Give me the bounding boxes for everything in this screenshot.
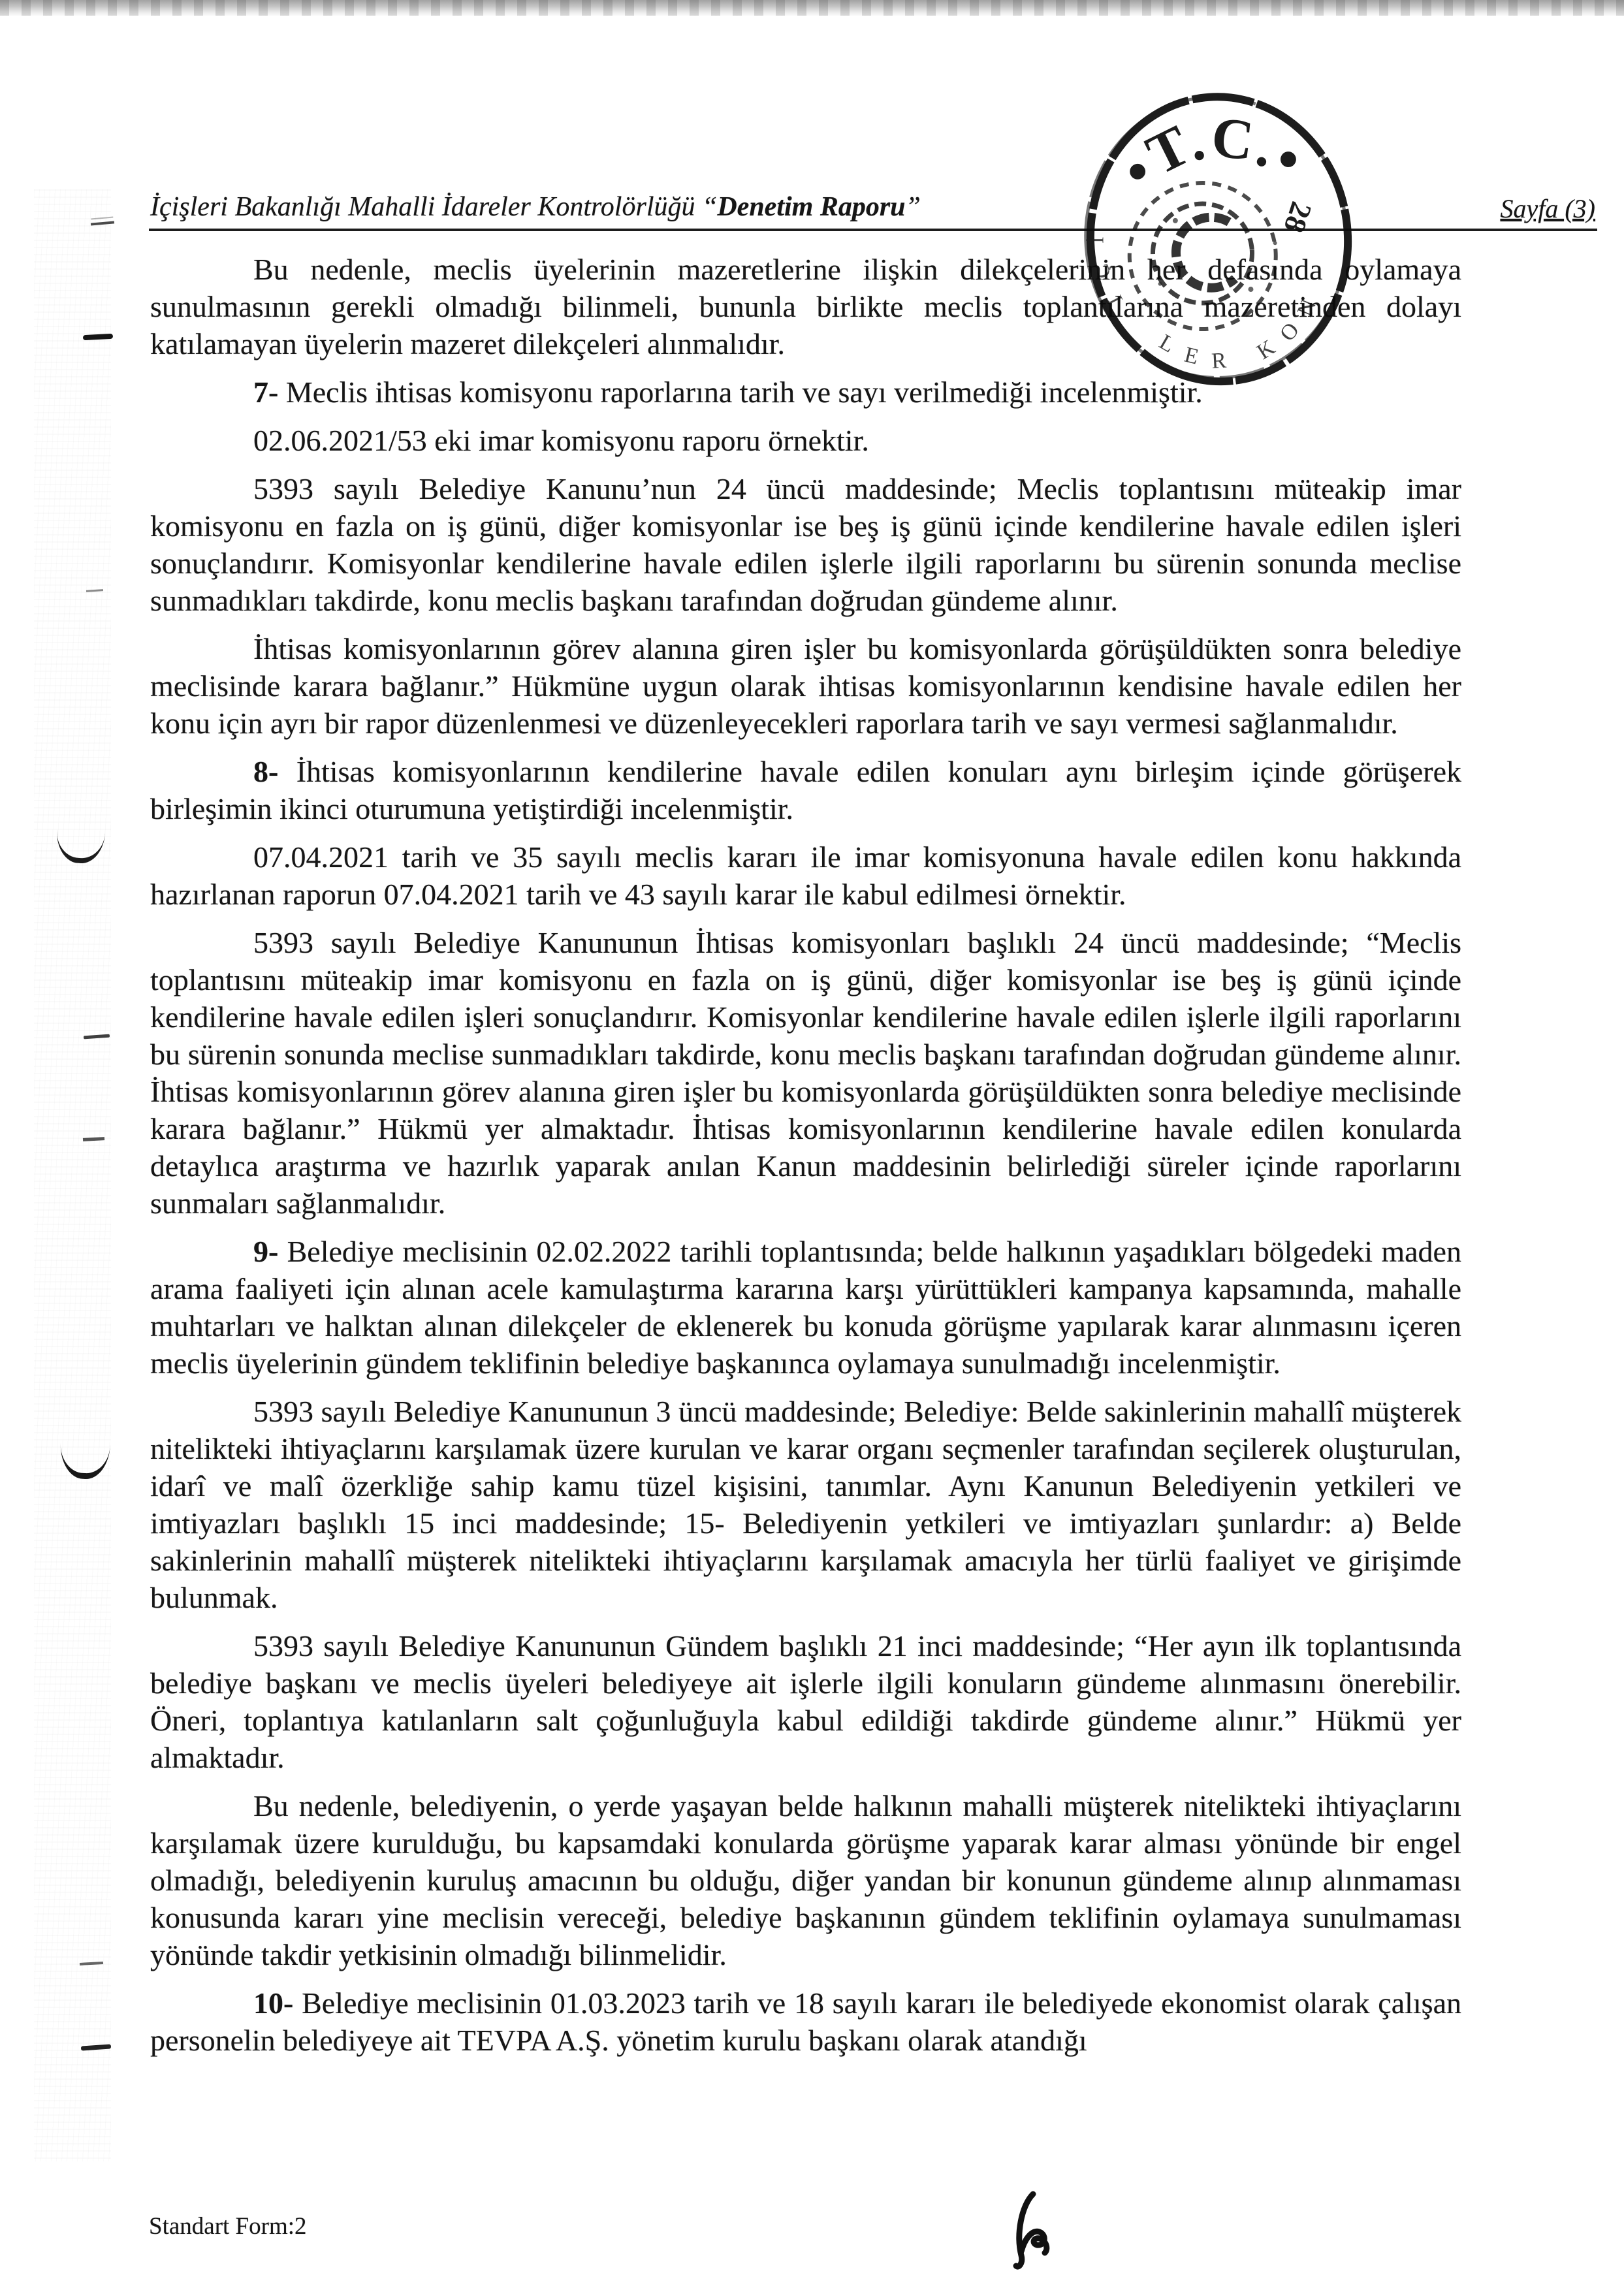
paragraph: İhtisas komisyonlarının görev alanına gi…: [150, 630, 1461, 742]
paragraph: 10- Belediye meclisinin 01.03.2023 tarih…: [150, 1984, 1461, 2059]
stamp-tc-text: •T.C.•: [1106, 99, 1320, 204]
report-body: Bu nedenle, meclis üyelerinin mazeretler…: [150, 243, 1461, 2070]
scanned-report-page: İçişleri Bakanlığı Mahalli İdareler Kont…: [0, 0, 1624, 2292]
paragraph: Bu nedenle, belediyenin, o yerde yaşayan…: [150, 1787, 1461, 1973]
paragraph: 5393 sayılı Belediye Kanununun 3 üncü ma…: [150, 1393, 1461, 1616]
standard-form-label: Standart Form:2: [149, 2212, 307, 2240]
item-number: 9-: [253, 1235, 287, 1268]
svg-text:•T.C.•: •T.C.•: [1106, 99, 1320, 204]
stamp-left-arc-text: İÇİ: [1082, 214, 1128, 310]
svg-text:İÇİ: İÇİ: [1082, 214, 1128, 310]
crescent-icon: [1173, 215, 1235, 290]
document-title-quote: ”: [906, 192, 921, 222]
item-number: 8-: [253, 755, 296, 788]
document-title: İçişleri Bakanlığı Mahalli İdareler Kont…: [150, 190, 921, 224]
signature-mark: [993, 2189, 1064, 2274]
paragraph: 9- Belediye meclisinin 02.02.2022 tarihl…: [150, 1233, 1461, 1382]
paragraph: 5393 sayılı Belediye Kanunu’nun 24 üncü …: [150, 470, 1461, 619]
document-title-bold: Denetim Raporu: [717, 192, 905, 222]
stamp-number: 28: [1277, 198, 1318, 237]
paragraph: 07.04.2021 tarih ve 35 sayılı meclis kar…: [150, 838, 1461, 913]
scan-edge-artifact: [0, 0, 1624, 16]
scan-noise: [34, 189, 111, 2161]
document-title-text: İçişleri Bakanlığı Mahalli İdareler Kont…: [150, 192, 717, 222]
item-number: 7-: [253, 375, 286, 409]
paragraph: 02.06.2021/53 eki imar komisyonu raporu …: [150, 422, 1461, 459]
paragraph: 8- İhtisas komisyonlarının kendilerine h…: [150, 753, 1461, 827]
official-seal-stamp: •T.C.• LER KONT İÇİ 28: [1068, 74, 1374, 404]
paragraph: 5393 sayılı Belediye Kanununun İhtisas k…: [150, 924, 1461, 1222]
header-rule: [149, 229, 1597, 231]
item-number: 10-: [253, 1986, 302, 2020]
page-number-label: Sayfa (3): [1500, 193, 1595, 224]
paragraph: 5393 sayılı Belediye Kanununun Gündem ba…: [150, 1627, 1461, 1776]
